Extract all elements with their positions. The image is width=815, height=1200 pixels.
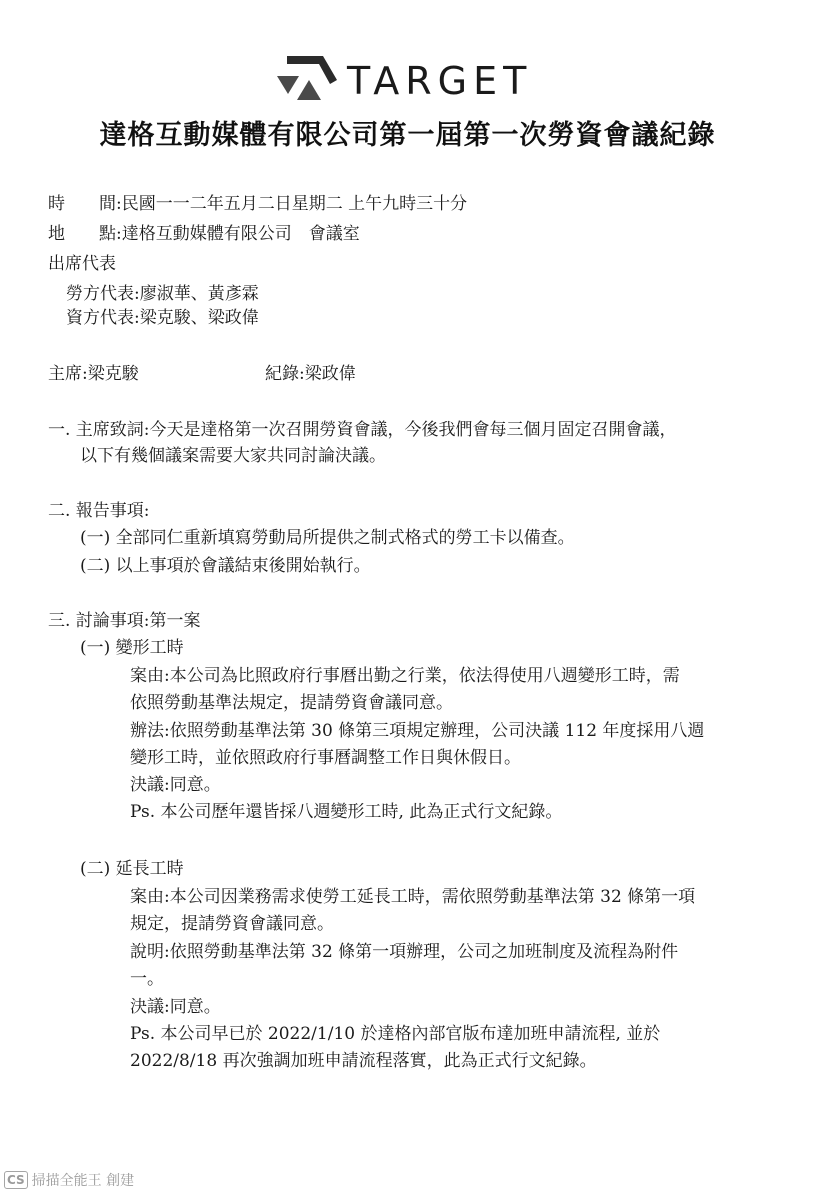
case1-resolution: 決議:同意。 <box>130 774 221 796</box>
case2-note-line1: 說明:依照勞動基準法第 32 條第一項辦理，公司之加班制度及流程為附件 <box>130 941 678 963</box>
opening-remarks-line2: 以下有幾個議案需要大家共同討論決議。 <box>80 445 386 467</box>
case1-title: (一) 變形工時 <box>80 637 184 659</box>
case1-ps: Ps. 本公司歷年還皆採八週變形工時, 此為正式行文紀錄。 <box>130 801 562 823</box>
case1-reason-line2: 依照勞動基準法規定，提請勞資會議同意。 <box>130 692 453 714</box>
svg-text:TARGET: TARGET <box>346 59 532 103</box>
target-logo: TARGET <box>275 50 545 105</box>
management-representatives: 資方代表:梁克駿、梁政偉 <box>66 307 259 329</box>
case2-title: (二) 延長工時 <box>80 858 184 880</box>
meeting-time: 時 間:民國一一二年五月二日星期二 上午九時三十分 <box>48 193 467 215</box>
scanner-watermark: CS 掃描全能王 創建 <box>4 1170 134 1190</box>
attendees-label: 出席代表 <box>48 253 116 275</box>
camscanner-icon: CS <box>4 1171 28 1189</box>
labor-representatives: 勞方代表:廖淑華、黃彥霖 <box>66 283 259 305</box>
report-heading: 二. 報告事項: <box>48 500 150 522</box>
case1-method-line2: 變形工時，並依照政府行事曆調整工作日與休假日。 <box>130 747 521 769</box>
watermark-text: 掃描全能王 創建 <box>32 1170 134 1190</box>
report-item: (二) 以上事項於會議結束後開始執行。 <box>80 555 371 577</box>
case2-reason-line1: 案由:本公司因業務需求使勞工延長工時，需依照勞動基準法第 32 條第一項 <box>130 886 695 908</box>
recorder: 紀錄:梁政偉 <box>265 363 356 385</box>
opening-remarks-line1: 一. 主席致詞:今天是達格第一次召開勞資會議，今後我們會每三個月固定召開會議， <box>48 419 677 441</box>
case2-resolution: 決議:同意。 <box>130 996 221 1018</box>
document-title: 達格互動媒體有限公司第一屆第一次勞資會議紀錄 <box>0 113 815 152</box>
chairperson: 主席:梁克駿 <box>48 363 139 385</box>
case1-reason-line1: 案由:本公司為比照政府行事曆出勤之行業，依法得使用八週變形工時，需 <box>130 665 680 687</box>
target-logo-icon: TARGET <box>275 50 545 105</box>
discussion-heading: 三. 討論事項:第一案 <box>48 610 201 632</box>
case2-ps-line2: 2022/8/18 再次強調加班申請流程落實，此為正式行文紀錄。 <box>130 1050 597 1072</box>
case2-reason-line2: 規定，提請勞資會議同意。 <box>130 913 334 935</box>
report-item: (一) 全部同仁重新填寫勞動局所提供之制式格式的勞工卡以備查。 <box>80 527 575 549</box>
case2-ps-line1: Ps. 本公司早已於 2022/1/10 於達格內部官版布達加班申請流程, 並於 <box>130 1023 660 1045</box>
case2-note-line2: 一。 <box>130 968 164 990</box>
meeting-place: 地 點:達格互動媒體有限公司 會議室 <box>48 223 360 245</box>
case1-method-line1: 辦法:依照勞動基準法第 30 條第三項規定辦理，公司決議 112 年度採用八週 <box>130 720 704 742</box>
